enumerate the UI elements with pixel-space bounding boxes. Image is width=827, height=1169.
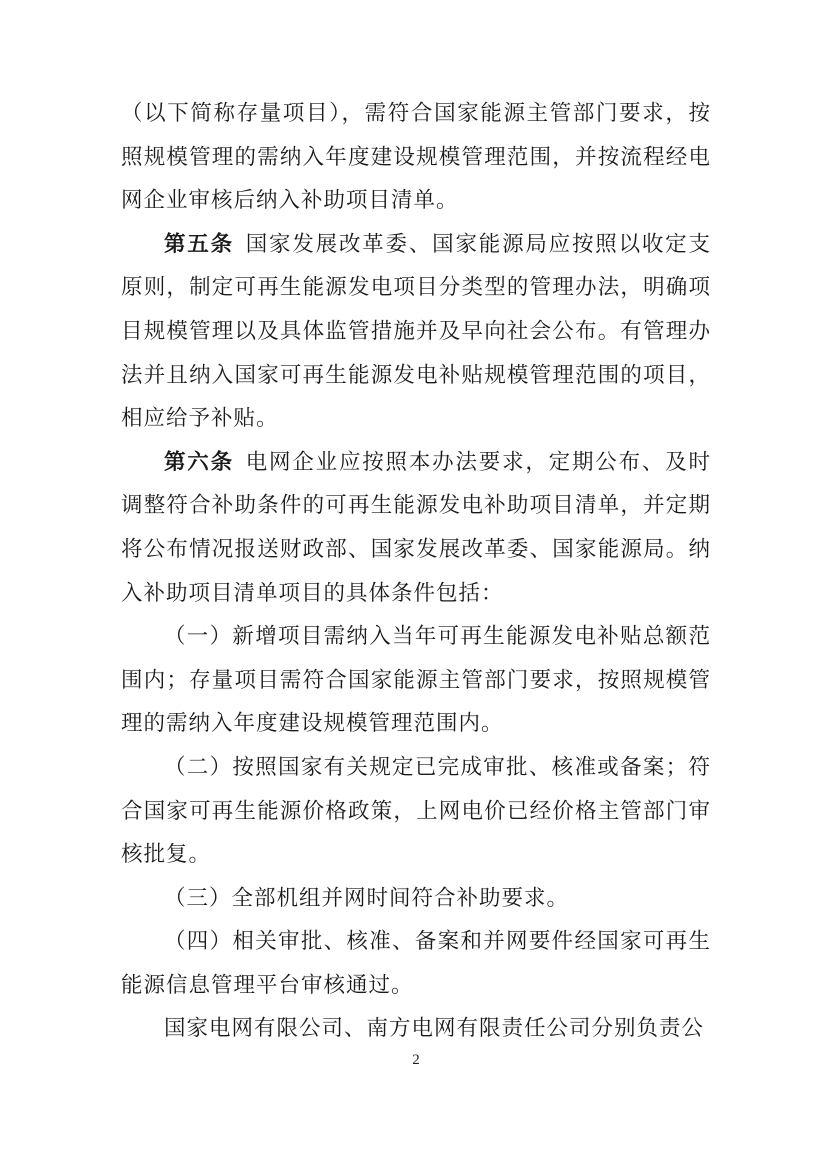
article-5-text: 国家发展改革委、国家能源局应按照以收定支原则，制定可再生能源发电项目分类型的管理… xyxy=(121,232,711,430)
paragraph-item-1: （一）新增项目需纳入当年可再生能源发电补贴总额范围内；存量项目需符合国家能源主管… xyxy=(121,615,711,746)
article-6-label: 第六条 xyxy=(164,450,234,474)
paragraph-article-6: 第六条电网企业应按照本办法要求，定期公布、及时调整符合补助条件的可再生能源发电补… xyxy=(121,441,711,615)
document-page: （以下简称存量项目），需符合国家能源主管部门要求，按照规模管理的需纳入年度建设规… xyxy=(0,0,827,1169)
paragraph-continuation: （以下简称存量项目），需符合国家能源主管部门要求，按照规模管理的需纳入年度建设规… xyxy=(121,92,711,223)
document-body: （以下简称存量项目），需符合国家能源主管部门要求，按照规模管理的需纳入年度建设规… xyxy=(121,92,711,1051)
paragraph-closing: 国家电网有限公司、南方电网有限责任公司分别负责公 xyxy=(121,1007,711,1051)
article-5-label: 第五条 xyxy=(164,232,234,256)
paragraph-article-5: 第五条国家发展改革委、国家能源局应按照以收定支原则，制定可再生能源发电项目分类型… xyxy=(121,223,711,441)
paragraph-item-3: （三）全部机组并网时间符合补助要求。 xyxy=(121,877,711,921)
paragraph-item-2: （二）按照国家有关规定已完成审批、核准或备案；符合国家可再生能源价格政策，上网电… xyxy=(121,746,711,877)
page-number: 2 xyxy=(121,1050,711,1070)
paragraph-item-4: （四）相关审批、核准、备案和并网要件经国家可再生能源信息管理平台审核通过。 xyxy=(121,920,711,1007)
